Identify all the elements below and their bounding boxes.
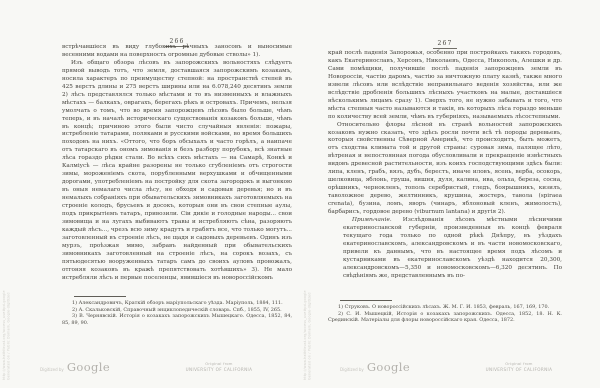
google-watermark: Digitized by Google bbox=[340, 360, 410, 374]
footnote: 1) Струковъ. О новороссійскихъ лѣсахъ. Ж… bbox=[328, 304, 562, 311]
body-text: край послѣ паденія Запорожья, особенно п… bbox=[328, 50, 562, 281]
footnotes: 1) Александровичъ, Краткій обзоръ маріуп… bbox=[62, 300, 292, 326]
university-label: UNIVERSITY OF CALIFORNIA bbox=[165, 367, 273, 372]
library-stamp: Original from UNIVERSITY OF CALIFORNIA bbox=[465, 362, 573, 372]
paragraph: Относительно флоры лѣсной въ странѣ воль… bbox=[328, 122, 562, 217]
scan-notice-line: http://www.hathitrust.org/access_use#pd-… bbox=[2, 146, 6, 380]
original-from-label: Original from bbox=[165, 362, 273, 366]
footnote-rule bbox=[74, 296, 126, 297]
google-logo-text: Google bbox=[67, 360, 110, 374]
footnote: 2) С. И. Мышецкій, Исторія о козакахъ за… bbox=[328, 311, 562, 324]
page-right: Generated on / Public Domain, Google-dig… bbox=[300, 0, 600, 388]
right-margin-scan-notice: Generated on / Public Domain, Google-dig… bbox=[303, 146, 312, 380]
folio-wrap: 267 bbox=[328, 30, 562, 49]
footnote: 1) Александровичъ, Краткій обзоръ маріуп… bbox=[62, 300, 292, 307]
body-text: встрѣчавшіеся въ виду глубокихъ рѣчныхъ … bbox=[62, 44, 292, 283]
paragraph: встрѣчавшіеся въ виду глубокихъ рѣчныхъ … bbox=[62, 44, 292, 60]
university-label: UNIVERSITY OF CALIFORNIA bbox=[465, 367, 573, 372]
library-stamp: Original from UNIVERSITY OF CALIFORNIA bbox=[165, 362, 273, 372]
digitized-by-label: Digitized by bbox=[340, 367, 364, 372]
note-text: Изслѣдованія лѣсовъ мѣстными лѣсничими е… bbox=[343, 217, 562, 279]
page-number: 267 bbox=[433, 40, 456, 49]
book-scan-spread: Generated on / Public Domain, Google-dig… bbox=[0, 0, 600, 388]
note-label: Примѣчаніе. bbox=[352, 217, 392, 223]
scan-notice-line: Generated on / Public Domain, Google-dig… bbox=[307, 146, 311, 380]
page-left: Generated on / Public Domain, Google-dig… bbox=[0, 0, 300, 388]
footnotes: 1) Струковъ. О новороссійскихъ лѣсахъ. Ж… bbox=[328, 304, 562, 324]
footnote-rule bbox=[340, 300, 392, 301]
scan-notice-line: Generated on / Public Domain, Google-dig… bbox=[6, 146, 10, 380]
scan-notice-line: http://www.hathitrust.org/access_use#pd-… bbox=[303, 146, 307, 380]
google-watermark: Digitized by Google bbox=[40, 360, 110, 374]
google-logo-text: Google bbox=[367, 360, 410, 374]
paragraph: Изъ общаго обзора лѣсовъ въ запорожскихъ… bbox=[62, 60, 292, 283]
paragraph: край послѣ паденія Запорожья, особенно п… bbox=[328, 50, 562, 122]
original-from-label: Original from bbox=[465, 362, 573, 366]
left-margin-scan-notice: Generated on / Public Domain, Google-dig… bbox=[2, 146, 11, 380]
note-paragraph: Примѣчаніе. Изслѣдованія лѣсовъ мѣстными… bbox=[343, 217, 562, 281]
digitized-by-label: Digitized by bbox=[40, 367, 64, 372]
footnote: 3) В. Чернявскій. Исторія о козакахъ зап… bbox=[62, 313, 292, 326]
